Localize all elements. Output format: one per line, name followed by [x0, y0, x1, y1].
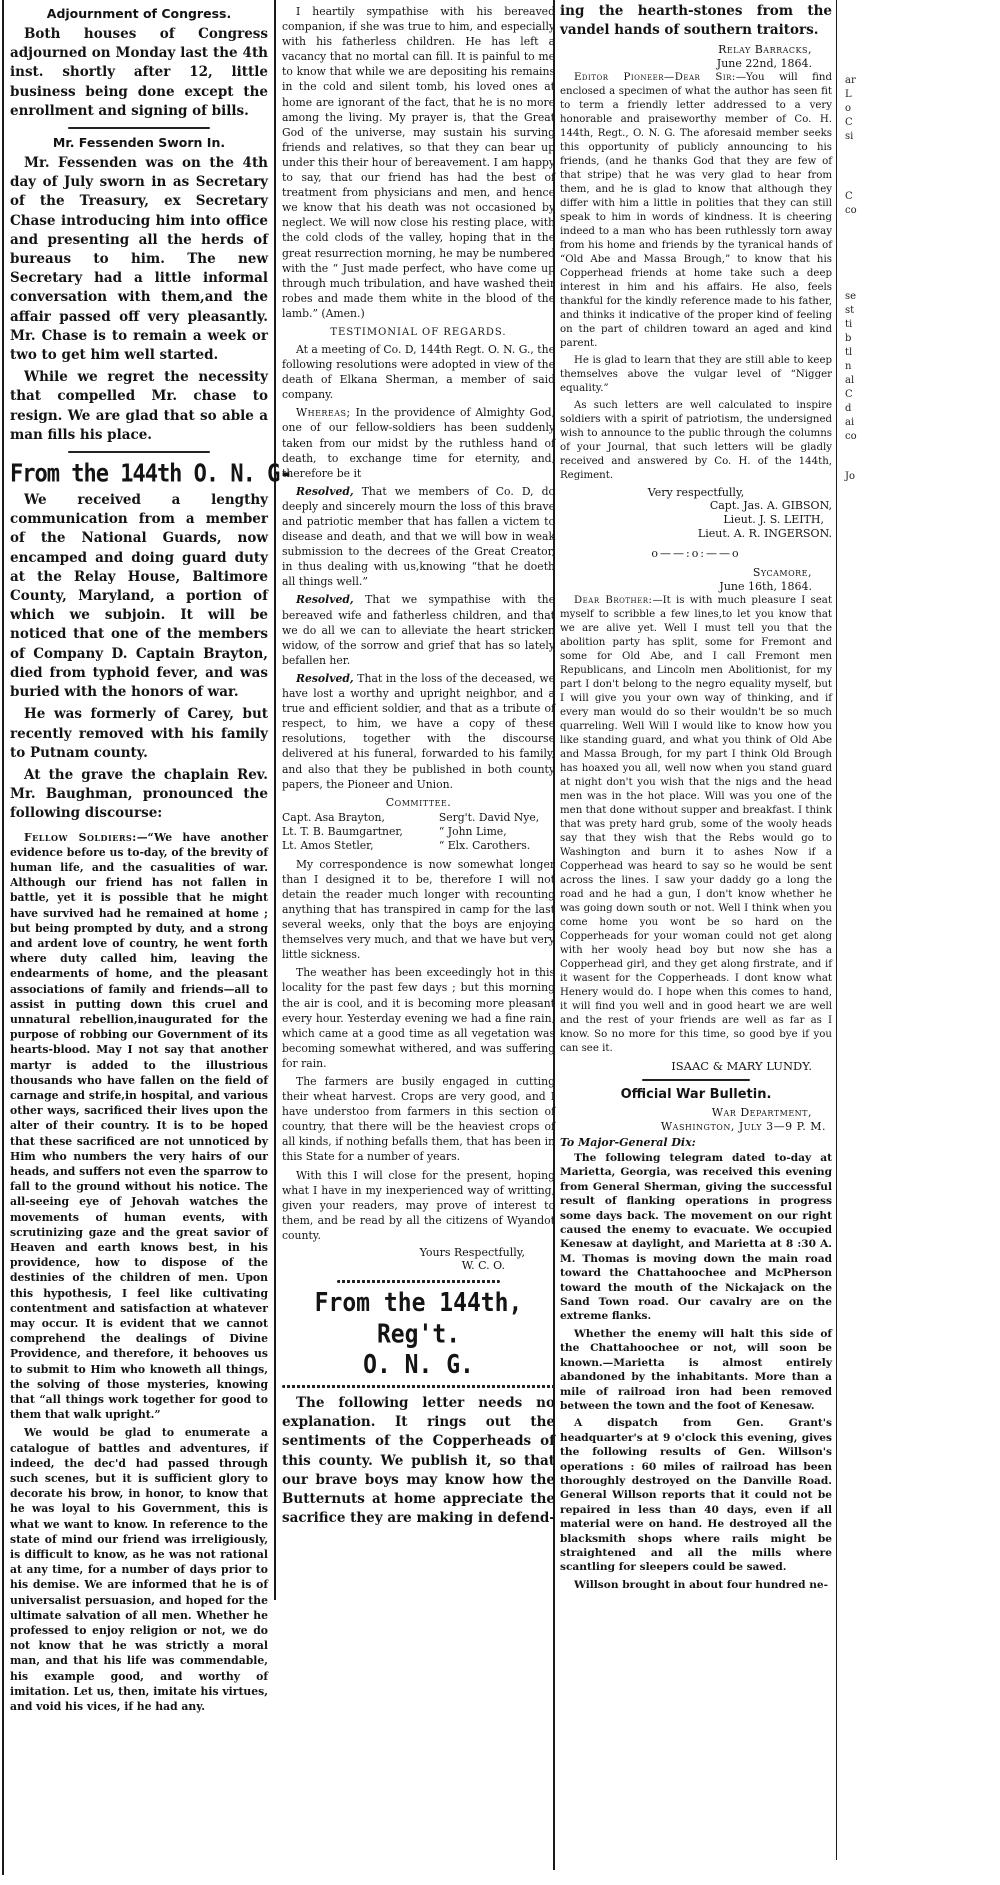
- from-144th-regt-body: The following letter needs no explanatio…: [282, 1394, 555, 1528]
- column-rule-left-edge: [2, 0, 4, 1875]
- signer: Capt. Jas. A. GIBSON,: [560, 499, 832, 513]
- section-divider: [337, 1280, 501, 1283]
- dateline-place: Sycamore,: [560, 566, 832, 580]
- dateline-place: Relay Barracks,: [560, 43, 832, 57]
- signer: Lieut. J. S. LEITH,: [560, 513, 832, 527]
- section-divider: [282, 1385, 555, 1388]
- from-144th-paragraph: We received a lengthy communication from…: [10, 491, 268, 702]
- bulletin-dateline: Washington, July 3—9 P. M.: [560, 1120, 832, 1134]
- column-2: I heartily sympathise with his bereaved …: [282, 0, 555, 1531]
- committee-heading: Committee.: [282, 796, 555, 809]
- brother-letter: Dear Brother:—It is with much pleasure I…: [560, 594, 832, 1056]
- brother-signature: ISAAC & MARY LUNDY.: [560, 1059, 832, 1073]
- from-144th-regt-headline-line1: From the 144th, Reg't.: [282, 1288, 555, 1351]
- bulletin-paragraph: A dispatch from Gen. Grant's headquarter…: [560, 1416, 832, 1574]
- discourse-lead: Fellow Soldiers:: [24, 831, 137, 844]
- fessenden-headline: Mr. Fessenden Sworn In.: [10, 135, 268, 150]
- letter-paragraph: My correspondence is now somewhat longer…: [282, 857, 555, 963]
- letter-paragraph: With this I will close for the present, …: [282, 1168, 555, 1243]
- adjournment-headline: Adjournment of Congress.: [10, 6, 268, 21]
- separator-ornament: o——:o:——o: [560, 547, 832, 560]
- resolution: Resolved, That we members of Co. D, do d…: [282, 484, 555, 590]
- section-divider: [68, 451, 210, 453]
- continuation-text: ing the hearth-stones from the vandel ha…: [560, 2, 832, 40]
- letter-paragraph: The weather has been exceedingly hot in …: [282, 965, 555, 1071]
- bulletin-dept: War Department,: [560, 1106, 832, 1120]
- war-bulletin-headline: Official War Bulletin.: [560, 1087, 832, 1102]
- section-divider: [642, 1079, 751, 1081]
- fessenden-paragraph: Mr. Fessenden was on the 4th day of July…: [10, 154, 268, 365]
- testimonial-heading: TESTIMONIAL OF REGARDS.: [282, 327, 555, 338]
- column-rule-1-2: [274, 0, 276, 1600]
- discourse-continuation: I heartily sympathise with his bereaved …: [282, 4, 555, 321]
- from-144th-paragraph: He was formerly of Carey, but recently r…: [10, 705, 268, 763]
- dateline-date: June 16th, 1864.: [560, 580, 832, 594]
- section-divider: [68, 127, 210, 129]
- discourse-paragraph: We would be glad to enumerate a catalogu…: [10, 1425, 268, 1714]
- dateline-date: June 22nd, 1864.: [560, 57, 832, 71]
- signer: Lieut. A. R. INGERSON.: [560, 527, 832, 541]
- editor-letter-paragraph: As such letters are well calculated to i…: [560, 399, 832, 483]
- closing: Yours Respectfully,: [282, 1246, 555, 1259]
- bulletin-paragraph: The following telegram dated to-day at M…: [560, 1151, 832, 1324]
- valediction: Very respectfully,: [560, 486, 832, 499]
- testimonial-intro: At a meeting of Co. D, 144th Regt. O. N.…: [282, 342, 555, 402]
- editor-letter-paragraph: Editor Pioneer—Dear Sir:—You will find e…: [560, 71, 832, 351]
- whereas-paragraph: Whereas; In the providence of Almighty G…: [282, 405, 555, 480]
- bulletin-addressee: To Major-General Dix:: [560, 1136, 832, 1149]
- resolution: Resolved, That we sympathise with the be…: [282, 592, 555, 667]
- from-144th-headline: From the 144th O. N. G-: [10, 459, 268, 490]
- editor-letter-paragraph: He is glad to learn that they are still …: [560, 354, 832, 396]
- column-1: Adjournment of Congress. Both houses of …: [10, 0, 268, 1717]
- bulletin-paragraph: Whether the enemy will halt this side of…: [560, 1327, 832, 1413]
- from-144th-paragraph: At the grave the chaplain Rev. Mr. Baugh…: [10, 766, 268, 824]
- column-3: ing the hearth-stones from the vandel ha…: [560, 0, 832, 1595]
- bulletin-paragraph: Willson brought in about four hundred ne…: [560, 1578, 832, 1592]
- resolution: Resolved, That in the loss of the deceas…: [282, 671, 555, 792]
- newspaper-page: Adjournment of Congress. Both houses of …: [0, 0, 1000, 1885]
- discourse-paragraph: Fellow Soldiers:—“We have another eviden…: [10, 830, 268, 1423]
- from-144th-regt-headline-line2: O. N. G.: [282, 1349, 555, 1380]
- cropped-next-column: ar L o C si C co se st ti b tl n al C d …: [843, 0, 1000, 1885]
- fessenden-paragraph: While we regret the necessity that compe…: [10, 368, 268, 445]
- committee-list: Capt. Asa Brayton,Serg't. David Nye, Lt.…: [282, 811, 555, 853]
- adjournment-body: Both houses of Congress adjourned on Mon…: [10, 25, 268, 121]
- letter-paragraph: The farmers are busily engaged in cuttin…: [282, 1074, 555, 1165]
- signature: W. C. O.: [282, 1259, 555, 1272]
- column-rule-3-edge: [836, 0, 837, 1860]
